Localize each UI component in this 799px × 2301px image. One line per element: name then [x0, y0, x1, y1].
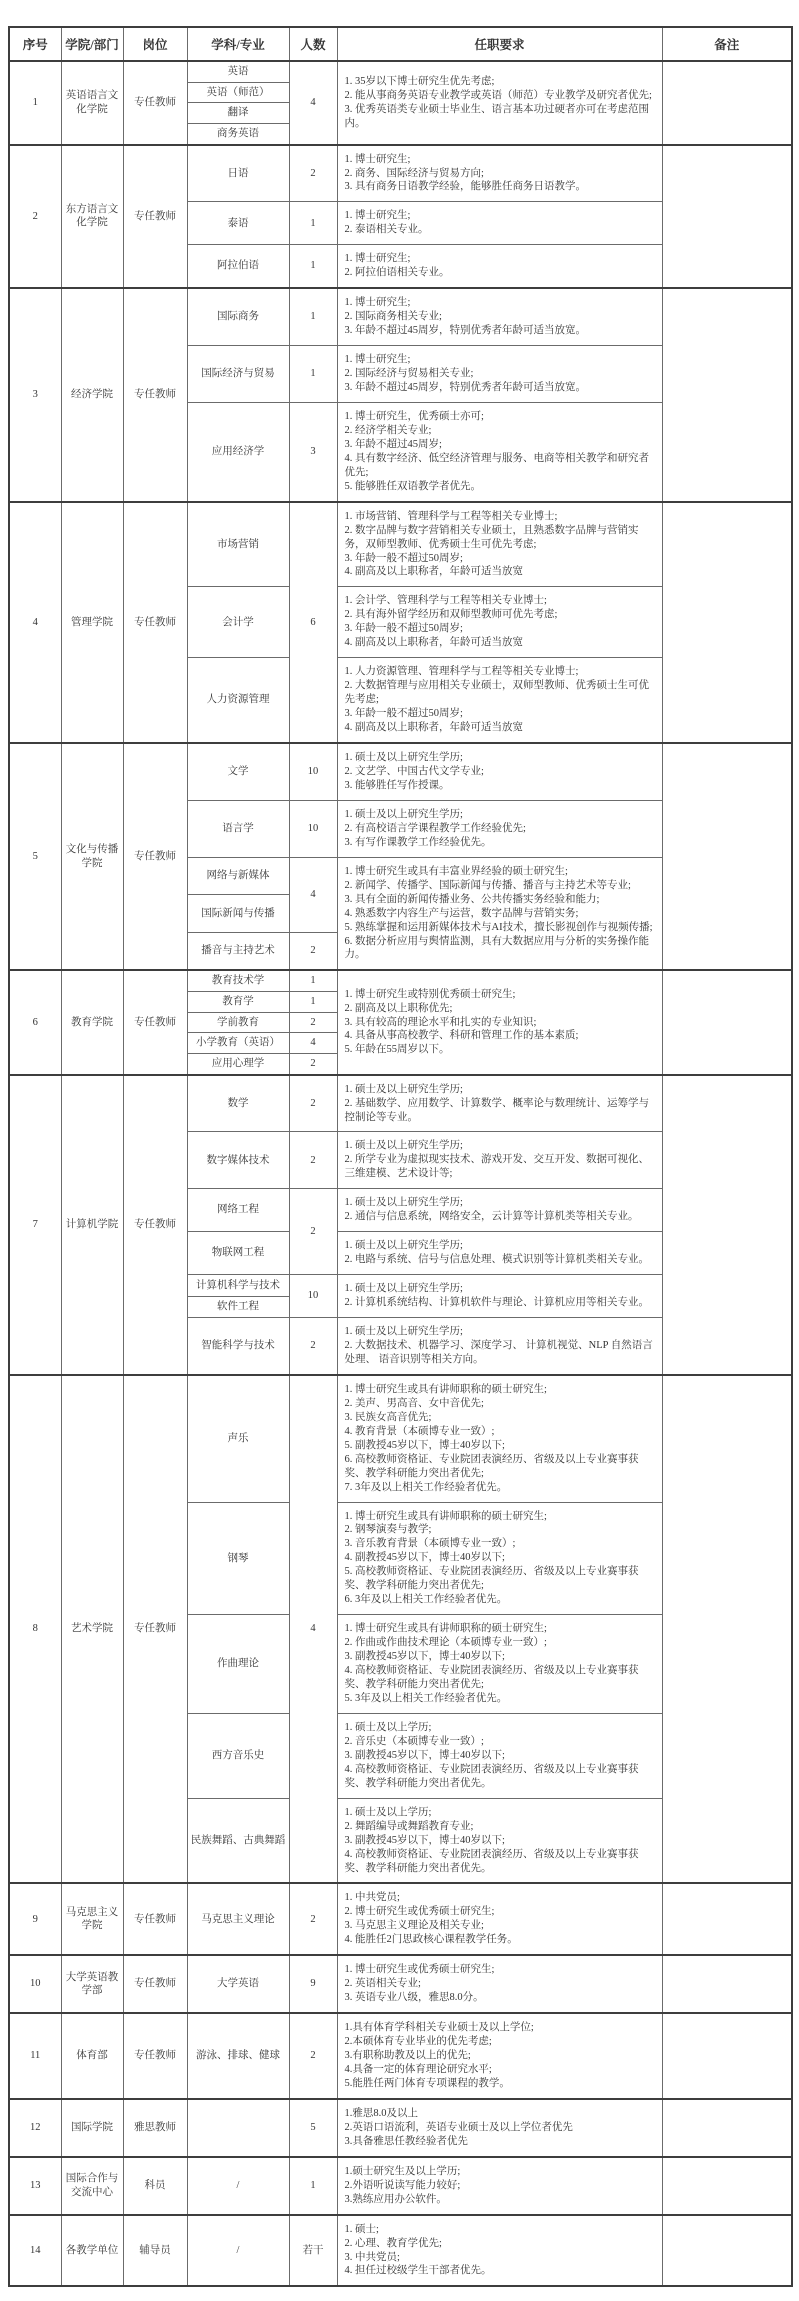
- table-body: 1英语语言文化学院专任教师英语41. 35岁以下博士研究生优先考虑; 2. 能从…: [9, 61, 792, 2286]
- requirements-cell: 1. 博士研究生或优秀硕士研究生; 2. 英语相关专业; 3. 英语专业八级，雅…: [337, 1955, 662, 2013]
- col-header-count: 人数: [289, 27, 337, 61]
- requirements-cell: 1. 硕士及以上研究生学历; 2. 大数据技术、机器学习、深度学习、 计算机视觉…: [337, 1318, 662, 1375]
- seq-cell: 1: [9, 61, 61, 145]
- subject-cell: 民族舞蹈、古典舞蹈: [187, 1798, 289, 1883]
- remark-cell: [662, 145, 792, 289]
- count-cell: 1: [289, 245, 337, 288]
- count-cell: 2: [289, 2013, 337, 2099]
- count-cell: 4: [289, 61, 337, 145]
- remark-cell: [662, 970, 792, 1074]
- college-cell: 东方语言文化学院: [61, 145, 123, 289]
- remark-cell: [662, 1955, 792, 2013]
- seq-cell: 10: [9, 1955, 61, 2013]
- count-cell: 若干: [289, 2215, 337, 2287]
- subject-cell: 钢琴: [187, 1502, 289, 1615]
- college-cell: 马克思主义学院: [61, 1883, 123, 1955]
- subject-cell: 网络与新媒体: [187, 857, 289, 894]
- subject-cell: 西方音乐史: [187, 1713, 289, 1798]
- college-cell: 各教学单位: [61, 2215, 123, 2287]
- requirements-cell: 1. 博士研究生; 2. 阿拉伯语相关专业。: [337, 245, 662, 288]
- college-cell: 文化与传播学院: [61, 743, 123, 970]
- count-cell: 2: [289, 1318, 337, 1375]
- position-cell: 专任教师: [123, 502, 187, 743]
- subject-cell: 国际商务: [187, 288, 289, 345]
- requirements-cell: 1. 硕士及以上研究生学历; 2. 有高校语言学课程教学工作经验优先; 3. 有…: [337, 800, 662, 857]
- college-cell: 经济学院: [61, 288, 123, 501]
- position-cell: 专任教师: [123, 1375, 187, 1884]
- subject-cell: /: [187, 2157, 289, 2215]
- position-cell: 专任教师: [123, 61, 187, 145]
- table-row: 10大学英语教学部专任教师大学英语91. 博士研究生或优秀硕士研究生; 2. 英…: [9, 1955, 792, 2013]
- position-cell: 专任教师: [123, 1075, 187, 1375]
- count-cell: 2: [289, 1189, 337, 1275]
- subject-cell: [187, 2099, 289, 2157]
- college-cell: 管理学院: [61, 502, 123, 743]
- subject-cell: 国际经济与贸易: [187, 346, 289, 403]
- requirements-cell: 1. 博士研究生; 2. 商务、国际经济与贸易方向; 3. 具有商务日语教学经验…: [337, 145, 662, 202]
- count-cell: 1: [289, 970, 337, 991]
- seq-cell: 4: [9, 502, 61, 743]
- subject-cell: 应用心理学: [187, 1053, 289, 1074]
- count-cell: 9: [289, 1955, 337, 2013]
- subject-cell: 日语: [187, 145, 289, 202]
- col-header-position: 岗位: [123, 27, 187, 61]
- remark-cell: [662, 2013, 792, 2099]
- table-row: 9马克思主义学院专任教师马克思主义理论21. 中共党员; 2. 博士研究生或优秀…: [9, 1883, 792, 1955]
- seq-cell: 3: [9, 288, 61, 501]
- requirements-cell: 1. 会计学、管理科学与工程等相关专业博士; 2. 具有海外留学经历和双师型教师…: [337, 587, 662, 658]
- count-cell: 10: [289, 1275, 337, 1318]
- seq-cell: 5: [9, 743, 61, 970]
- table-row: 6教育学院专任教师教育技术学11. 博士研究生或特别优秀硕士研究生; 2. 副高…: [9, 970, 792, 991]
- remark-cell: [662, 1075, 792, 1375]
- position-cell: 专任教师: [123, 1955, 187, 2013]
- count-cell: 2: [289, 145, 337, 202]
- requirements-cell: 1.硕士研究生及以上学历; 2.外语听说读写能力较好; 3.熟练应用办公软件。: [337, 2157, 662, 2215]
- seq-cell: 11: [9, 2013, 61, 2099]
- subject-cell: 文学: [187, 743, 289, 800]
- col-header-remark: 备注: [662, 27, 792, 61]
- requirements-cell: 1. 博士研究生或特别优秀硕士研究生; 2. 副高及以上职称优先; 3. 具有较…: [337, 970, 662, 1074]
- seq-cell: 13: [9, 2157, 61, 2215]
- college-cell: 艺术学院: [61, 1375, 123, 1884]
- requirements-cell: 1. 博士研究生; 2. 国际经济与贸易相关专业; 3. 年龄不超过45周岁，特…: [337, 346, 662, 403]
- requirements-cell: 1. 博士研究生或具有讲师职称的硕士研究生; 2. 作曲或作曲技术理论（本硕博专…: [337, 1615, 662, 1714]
- subject-cell: 数学: [187, 1075, 289, 1132]
- requirements-cell: 1. 硕士及以上研究生学历; 2. 文艺学、中国古代文学专业; 3. 能够胜任写…: [337, 743, 662, 800]
- count-cell: 2: [289, 1132, 337, 1189]
- subject-cell: 市场营销: [187, 502, 289, 587]
- remark-cell: [662, 743, 792, 970]
- position-cell: 专任教师: [123, 145, 187, 289]
- subject-cell: 会计学: [187, 587, 289, 658]
- subject-cell: 马克思主义理论: [187, 1883, 289, 1955]
- requirements-cell: 1. 硕士及以上研究生学历; 2. 电路与系统、信号与信息处理、模式识别等计算机…: [337, 1232, 662, 1275]
- count-cell: 4: [289, 1375, 337, 1884]
- position-cell: 专任教师: [123, 288, 187, 501]
- seq-cell: 2: [9, 145, 61, 289]
- requirements-cell: 1.雅思8.0及以上 2.英语口语流利，英语专业硕士及以上学位者优先 3.具备雅…: [337, 2099, 662, 2157]
- count-cell: 1: [289, 992, 337, 1013]
- subject-cell: 英语（师范）: [187, 82, 289, 103]
- requirements-cell: 1. 博士研究生或具有讲师职称的硕士研究生; 2. 钢琴演奏与教学; 3. 音乐…: [337, 1502, 662, 1615]
- recruitment-table-page: 序号 学院/部门 岗位 学科/专业 人数 任职要求 备注 1英语语言文化学院专任…: [0, 0, 799, 2301]
- subject-cell: /: [187, 2215, 289, 2287]
- count-cell: 2: [289, 1075, 337, 1132]
- count-cell: 1: [289, 202, 337, 245]
- college-cell: 体育部: [61, 2013, 123, 2099]
- table-row: 5文化与传播学院专任教师文学101. 硕士及以上研究生学历; 2. 文艺学、中国…: [9, 743, 792, 800]
- seq-cell: 6: [9, 970, 61, 1074]
- college-cell: 国际合作与交流中心: [61, 2157, 123, 2215]
- count-cell: 2: [289, 1053, 337, 1074]
- recruitment-table: 序号 学院/部门 岗位 学科/专业 人数 任职要求 备注 1英语语言文化学院专任…: [8, 26, 793, 2287]
- col-header-requirements: 任职要求: [337, 27, 662, 61]
- requirements-cell: 1. 市场营销、管理科学与工程等相关专业博士; 2. 数字品牌与数字营销相关专业…: [337, 502, 662, 587]
- count-cell: 6: [289, 502, 337, 743]
- position-cell: 辅导员: [123, 2215, 187, 2287]
- subject-cell: 网络工程: [187, 1189, 289, 1232]
- count-cell: 1: [289, 2157, 337, 2215]
- requirements-cell: 1. 博士研究生或具有讲师职称的硕士研究生; 2. 美声、男高音、女中音优先; …: [337, 1375, 662, 1502]
- subject-cell: 翻译: [187, 103, 289, 124]
- subject-cell: 英语: [187, 61, 289, 82]
- position-cell: 专任教师: [123, 1883, 187, 1955]
- college-cell: 国际学院: [61, 2099, 123, 2157]
- requirements-cell: 1. 中共党员; 2. 博士研究生或优秀硕士研究生; 3. 马克思主义理论及相关…: [337, 1883, 662, 1955]
- subject-cell: 大学英语: [187, 1955, 289, 2013]
- requirements-cell: 1. 博士研究生; 2. 国际商务相关专业; 3. 年龄不超过45周岁，特别优秀…: [337, 288, 662, 345]
- remark-cell: [662, 2099, 792, 2157]
- subject-cell: 国际新闻与传播: [187, 895, 289, 932]
- col-header-college: 学院/部门: [61, 27, 123, 61]
- requirements-cell: 1. 博士研究生，优秀硕士亦可; 2. 经济学相关专业; 3. 年龄不超过45周…: [337, 402, 662, 501]
- college-cell: 大学英语教学部: [61, 1955, 123, 2013]
- subject-cell: 语言学: [187, 800, 289, 857]
- seq-cell: 14: [9, 2215, 61, 2287]
- subject-cell: 人力资源管理: [187, 658, 289, 743]
- seq-cell: 7: [9, 1075, 61, 1375]
- subject-cell: 小学教育（英语）: [187, 1033, 289, 1054]
- table-row: 2东方语言文化学院专任教师日语21. 博士研究生; 2. 商务、国际经济与贸易方…: [9, 145, 792, 202]
- remark-cell: [662, 1375, 792, 1884]
- position-cell: 专任教师: [123, 743, 187, 970]
- subject-cell: 游泳、排球、健球: [187, 2013, 289, 2099]
- requirements-cell: 1. 人力资源管理、管理科学与工程等相关专业博士; 2. 大数据管理与应用相关专…: [337, 658, 662, 743]
- count-cell: 1: [289, 288, 337, 345]
- count-cell: 2: [289, 932, 337, 970]
- seq-cell: 12: [9, 2099, 61, 2157]
- position-cell: 专任教师: [123, 970, 187, 1074]
- remark-cell: [662, 2215, 792, 2287]
- subject-cell: 数字媒体技术: [187, 1132, 289, 1189]
- table-row: 3经济学院专任教师国际商务11. 博士研究生; 2. 国际商务相关专业; 3. …: [9, 288, 792, 345]
- table-row: 12国际学院雅思教师51.雅思8.0及以上 2.英语口语流利，英语专业硕士及以上…: [9, 2099, 792, 2157]
- requirements-cell: 1. 硕士及以上研究生学历; 2. 通信与信息系统，网络安全，云计算等计算机类等…: [337, 1189, 662, 1232]
- subject-cell: 阿拉伯语: [187, 245, 289, 288]
- table-row: 8艺术学院专任教师声乐41. 博士研究生或具有讲师职称的硕士研究生; 2. 美声…: [9, 1375, 792, 1502]
- requirements-cell: 1. 博士研究生; 2. 泰语相关专业。: [337, 202, 662, 245]
- table-row: 1英语语言文化学院专任教师英语41. 35岁以下博士研究生优先考虑; 2. 能从…: [9, 61, 792, 82]
- remark-cell: [662, 61, 792, 145]
- subject-cell: 作曲理论: [187, 1615, 289, 1714]
- remark-cell: [662, 1883, 792, 1955]
- subject-cell: 播音与主持艺术: [187, 932, 289, 970]
- subject-cell: 应用经济学: [187, 402, 289, 501]
- subject-cell: 软件工程: [187, 1296, 289, 1317]
- count-cell: 3: [289, 402, 337, 501]
- count-cell: 10: [289, 743, 337, 800]
- remark-cell: [662, 502, 792, 743]
- remark-cell: [662, 2157, 792, 2215]
- requirements-cell: 1. 硕士及以上学历; 2. 舞蹈编导或舞蹈教育专业; 3. 副教授45岁以下，…: [337, 1798, 662, 1883]
- requirements-cell: 1. 硕士及以上研究生学历; 2. 基础数学、应用数学、计算数学、概率论与数理统…: [337, 1075, 662, 1132]
- requirements-cell: 1. 博士研究生或具有丰富业界经验的硕士研究生; 2. 新闻学、传播学、国际新闻…: [337, 857, 662, 970]
- subject-cell: 声乐: [187, 1375, 289, 1502]
- table-row: 4管理学院专任教师市场营销61. 市场营销、管理科学与工程等相关专业博士; 2.…: [9, 502, 792, 587]
- requirements-cell: 1. 硕士及以上研究生学历; 2. 所学专业为虚拟现实技术、游戏开发、交互开发、…: [337, 1132, 662, 1189]
- position-cell: 专任教师: [123, 2013, 187, 2099]
- subject-cell: 物联网工程: [187, 1232, 289, 1275]
- col-header-subject: 学科/专业: [187, 27, 289, 61]
- subject-cell: 智能科学与技术: [187, 1318, 289, 1375]
- requirements-cell: 1. 硕士及以上学历; 2. 音乐史（本硕博专业一致）; 3. 副教授45岁以下…: [337, 1713, 662, 1798]
- subject-cell: 计算机科学与技术: [187, 1275, 289, 1296]
- subject-cell: 泰语: [187, 202, 289, 245]
- subject-cell: 教育技术学: [187, 970, 289, 991]
- count-cell: 10: [289, 800, 337, 857]
- count-cell: 4: [289, 1033, 337, 1054]
- seq-cell: 8: [9, 1375, 61, 1884]
- table-row: 14各教学单位辅导员/若干1. 硕士; 2. 心理、教育学优先; 3. 中共党员…: [9, 2215, 792, 2287]
- college-cell: 计算机学院: [61, 1075, 123, 1375]
- position-cell: 雅思教师: [123, 2099, 187, 2157]
- table-row: 7计算机学院专任教师数学21. 硕士及以上研究生学历; 2. 基础数学、应用数学…: [9, 1075, 792, 1132]
- requirements-cell: 1. 35岁以下博士研究生优先考虑; 2. 能从事商务英语专业教学或英语（师范）…: [337, 61, 662, 145]
- requirements-cell: 1.具有体育学科相关专业硕士及以上学位; 2.本硕体育专业毕业的优先考虑; 3.…: [337, 2013, 662, 2099]
- seq-cell: 9: [9, 1883, 61, 1955]
- count-cell: 2: [289, 1012, 337, 1033]
- requirements-cell: 1. 硕士; 2. 心理、教育学优先; 3. 中共党员; 4. 担任过校级学生干…: [337, 2215, 662, 2287]
- count-cell: 5: [289, 2099, 337, 2157]
- table-row: 13国际合作与交流中心科员/11.硕士研究生及以上学历; 2.外语听说读写能力较…: [9, 2157, 792, 2215]
- count-cell: 1: [289, 346, 337, 403]
- requirements-cell: 1. 硕士及以上研究生学历; 2. 计算机系统结构、计算机软件与理论、计算机应用…: [337, 1275, 662, 1318]
- college-cell: 教育学院: [61, 970, 123, 1074]
- count-cell: 4: [289, 857, 337, 932]
- col-header-seq: 序号: [9, 27, 61, 61]
- position-cell: 科员: [123, 2157, 187, 2215]
- count-cell: 2: [289, 1883, 337, 1955]
- college-cell: 英语语言文化学院: [61, 61, 123, 145]
- subject-cell: 商务英语: [187, 123, 289, 144]
- subject-cell: 学前教育: [187, 1012, 289, 1033]
- table-header-row: 序号 学院/部门 岗位 学科/专业 人数 任职要求 备注: [9, 27, 792, 61]
- table-row: 11体育部专任教师游泳、排球、健球21.具有体育学科相关专业硕士及以上学位; 2…: [9, 2013, 792, 2099]
- subject-cell: 教育学: [187, 992, 289, 1013]
- remark-cell: [662, 288, 792, 501]
